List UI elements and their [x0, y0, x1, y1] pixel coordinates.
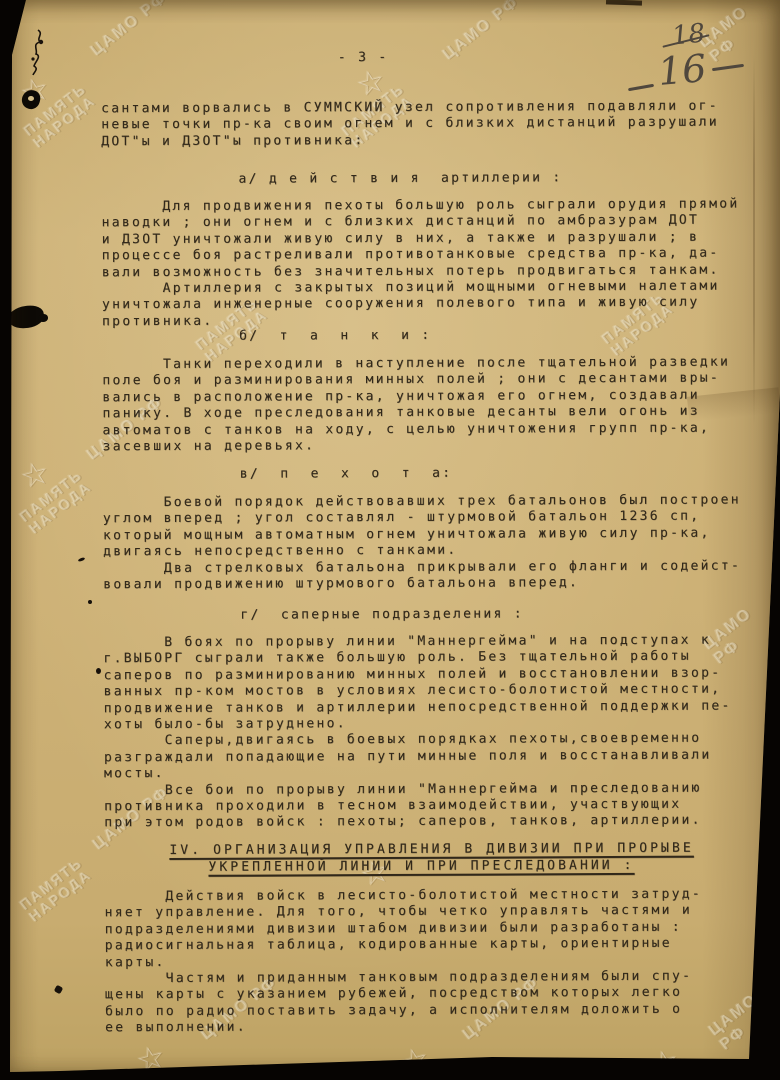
- heading-section4-line2: УКРЕПЛЕННОЙ ЛИНИИ И ПРИ ПРЕСЛЕДОВАНИИ :: [208, 858, 634, 876]
- scanned-page: ЦАМО РФ ЦАМО РФ ЦАМО РФ ЦАМО РФ ЦАМО РФ …: [0, 0, 780, 1080]
- ink-blob-small: [38, 314, 48, 322]
- paper-sheet: ЦАМО РФ ЦАМО РФ ЦАМО РФ ЦАМО РФ ЦАМО РФ …: [0, 0, 780, 1080]
- paragraph-tanks: Танки переходили в наступление после тща…: [102, 355, 730, 456]
- heading-infantry: в/ п е х о т а:: [240, 466, 453, 483]
- punch-hole-highlight: [28, 96, 34, 101]
- paper-crease: [753, 55, 755, 427]
- handwritten-page-number: 16: [656, 46, 708, 94]
- heading-sappers: г/ саперные подразделения :: [240, 606, 524, 624]
- paragraph-sappers: В боях по прорыву линии "Маннергейма" и …: [103, 633, 732, 833]
- paragraph-control: Действия войск в лесисто-болотистой мест…: [105, 887, 703, 1037]
- ink-squiggle: [26, 28, 52, 76]
- page-number: - 3 -: [338, 50, 389, 67]
- paragraph-infantry: Боевой порядок действовавших трех баталь…: [103, 492, 741, 593]
- paragraph-intro: сантами ворвались в СУММСКИЙ узел сопрот…: [101, 99, 719, 151]
- ink-speck: [96, 668, 101, 674]
- paragraph-artillery: Для продвижения пехоты большую роль сыгр…: [102, 196, 741, 330]
- heading-tanks: б/ т а н к и :: [239, 328, 431, 345]
- heading-artillery: а/ д е й с т в и я артиллерии :: [238, 170, 562, 188]
- typed-text-layer: - 3 - сантами ворвались в СУММСКИЙ узел …: [0, 0, 780, 1080]
- heading-section4-line1: IV. ОРГАНИЗАЦИЯ УПРАВЛЕНИЯ В ДИВИЗИИ ПРИ…: [169, 841, 694, 860]
- ink-speck: [88, 600, 92, 604]
